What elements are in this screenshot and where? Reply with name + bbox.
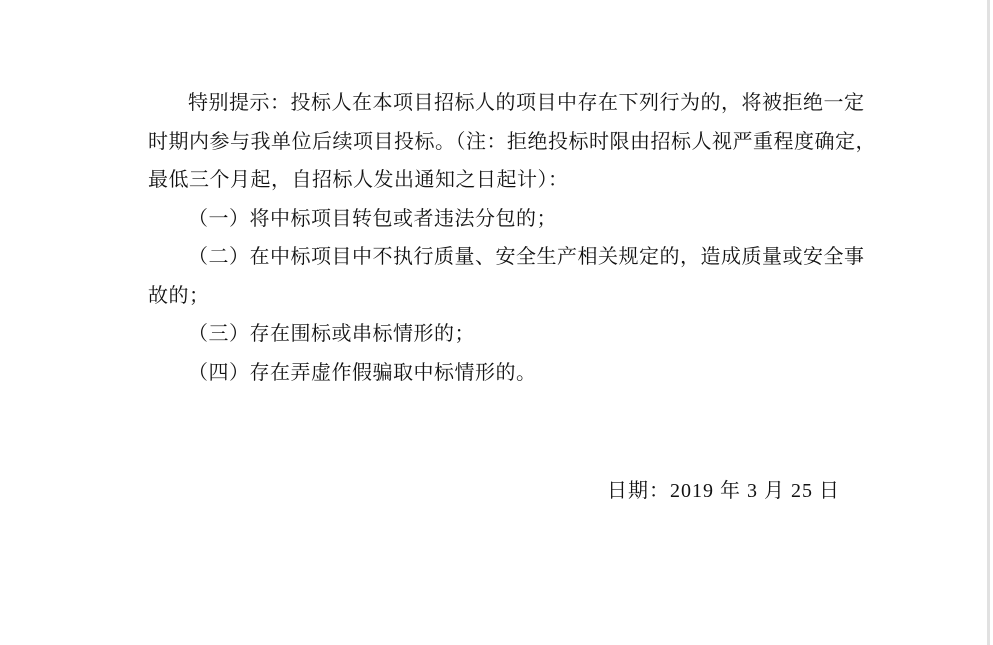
document-line: （三）存在围标或串标情形的； — [148, 315, 850, 354]
document-line: 故的； — [148, 277, 850, 316]
document-date: 日期：2019 年 3 月 25 日 — [148, 478, 850, 504]
document-line: （二）在中标项目中不执行质量、安全生产相关规定的，造成质量或安全事 — [148, 238, 850, 277]
document-line: 时期内参与我单位后续项目投标。（注：拒绝投标时限由招标人视严重程度确定， — [148, 123, 850, 162]
document-page: 特别提示：投标人在本项目招标人的项目中存在下列行为的，将被拒绝一定时期内参与我单… — [0, 0, 993, 645]
document-line: 特别提示：投标人在本项目招标人的项目中存在下列行为的，将被拒绝一定 — [148, 84, 850, 123]
scrollbar-track[interactable] — [987, 0, 990, 645]
document-line: （一）将中标项目转包或者违法分包的； — [148, 200, 850, 239]
document-body: 特别提示：投标人在本项目招标人的项目中存在下列行为的，将被拒绝一定时期内参与我单… — [148, 84, 850, 392]
document-line: （四）存在弄虚作假骗取中标情形的。 — [148, 354, 850, 393]
document-line: 最低三个月起，自招标人发出通知之日起计）： — [148, 161, 850, 200]
